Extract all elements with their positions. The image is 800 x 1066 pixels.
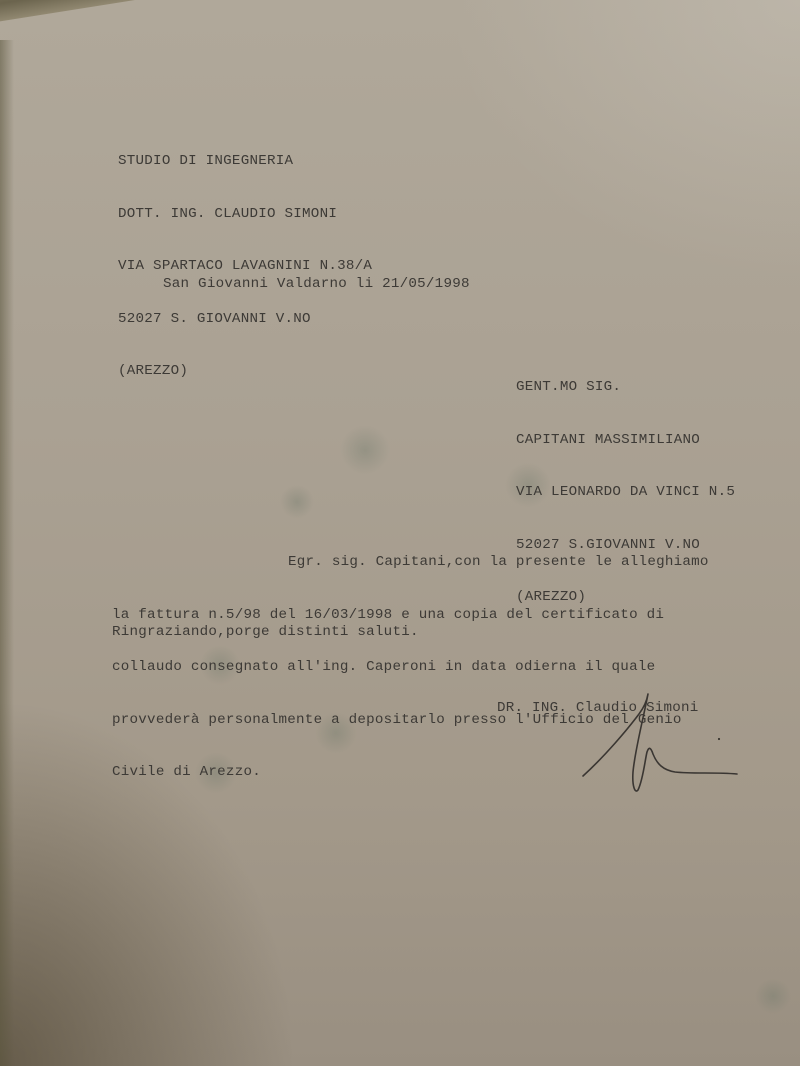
body-line: la fattura n.5/98 del 16/03/1998 e una c… (112, 607, 709, 625)
sender-address-block: STUDIO DI INGEGNERIA DOTT. ING. CLAUDIO … (118, 118, 372, 416)
paper-smudge (755, 978, 791, 1014)
paper-page: STUDIO DI INGEGNERIA DOTT. ING. CLAUDIO … (0, 0, 800, 1066)
recipient-line: GENT.MO SIG. (516, 379, 735, 397)
body-first-line-wrap: Egr. sig. Capitani,con la presente le al… (112, 554, 709, 572)
page-edge-shadow (0, 40, 14, 1066)
body-line: collaudo consegnato all'ing. Caperoni in… (112, 659, 709, 677)
paper-smudge (340, 425, 390, 475)
folded-paper-corner (0, 0, 244, 23)
sender-line: (AREZZO) (118, 363, 372, 381)
sender-line: VIA SPARTACO LAVAGNINI N.38/A (118, 258, 372, 276)
date-line: San Giovanni Valdarno li 21/05/1998 (163, 276, 470, 294)
paper-smudge (280, 485, 314, 519)
body-line: Egr. sig. Capitani,con la presente le al… (288, 554, 709, 570)
recipient-line: VIA LEONARDO DA VINCI N.5 (516, 484, 735, 502)
handwritten-signature-icon (575, 690, 745, 800)
sender-line: 52027 S. GIOVANNI V.NO (118, 311, 372, 329)
sender-line: DOTT. ING. CLAUDIO SIMONI (118, 206, 372, 224)
sender-line: STUDIO DI INGEGNERIA (118, 153, 372, 171)
recipient-line: CAPITANI MASSIMILIANO (516, 432, 735, 450)
closing-line: Ringraziando,porge distinti saluti. (112, 624, 419, 642)
